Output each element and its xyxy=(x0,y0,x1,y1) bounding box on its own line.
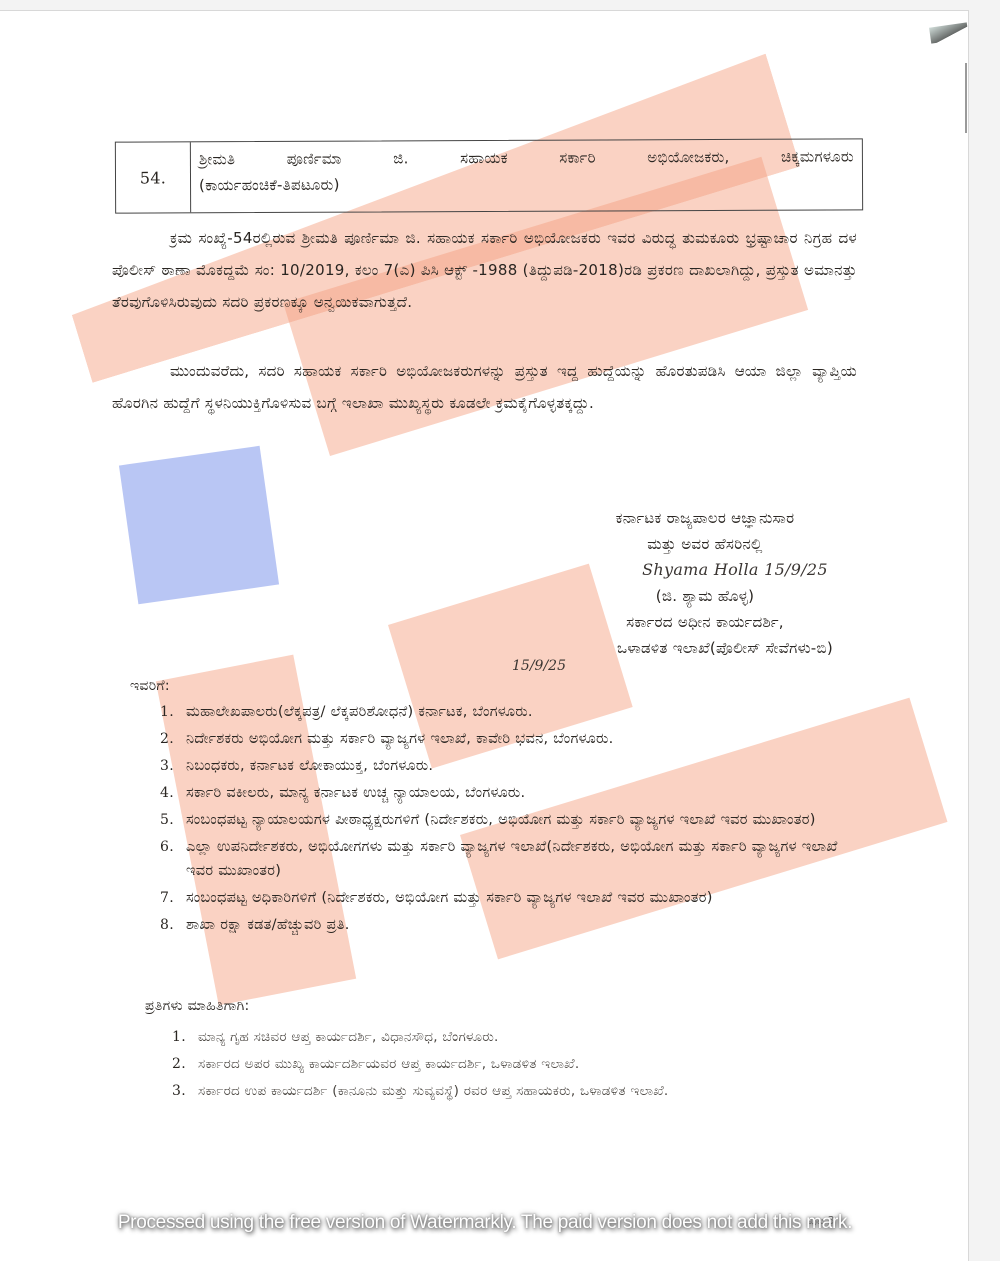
paragraph-case-details: ಕ್ರಮ ಸಂಖ್ಯೆ-54ರಲ್ಲಿರುವ ಶ್ರೀಮತಿ ಪೂರ್ಣಿಮಾ … xyxy=(112,222,857,318)
list-item: 3.ಸರ್ಕಾರದ ಉಪ ಕಾರ್ಯದರ್ಶಿ (ಕಾನೂನು ಮತ್ತು ಸು… xyxy=(172,1079,862,1103)
reference-number: 54. xyxy=(116,142,191,212)
reference-row-table: 54. ಶ್ರೀಮತಿ ಪೂರ್ಣಿಮಾ ಜಿ. ಸಹಾಯಕ ಸರ್ಕಾರಿ ಅ… xyxy=(115,138,863,213)
list-item: 2.ಸರ್ಕಾರದ ಅಪರ ಮುಖ್ಯ ಕಾರ್ಯದರ್ಶಿಯವರ ಆಪ್ತ ಕ… xyxy=(172,1052,862,1076)
list-item: 1.ಮಾನ್ಯ ಗೃಹ ಸಚಿವರ ಆಪ್ತ ಕಾರ್ಯದರ್ಶಿ, ವಿಧಾನ… xyxy=(172,1025,862,1049)
signature-authority-line: ಕರ್ನಾಟಕ ರಾಜ್ಯಪಾಲರ ಆಜ್ಞಾನುಸಾರ xyxy=(540,505,870,531)
reference-description: ಶ್ರೀಮತಿ ಪೂರ್ಣಿಮಾ ಜಿ. ಸಹಾಯಕ ಸರ್ಕಾರಿ ಅಭಿಯೋ… xyxy=(191,139,862,212)
ref-word: ಪೂರ್ಣಿಮಾ xyxy=(287,146,342,172)
signature-block: ಕರ್ನಾಟಕ ರಾಜ್ಯಪಾಲರ ಆಜ್ಞಾನುಸಾರ ಮತ್ತು ಅವರ ಹ… xyxy=(540,505,870,661)
ref-word: ಸಹಾಯಕ xyxy=(460,145,508,171)
document-content: 54. ಶ್ರೀಮತಿ ಪೂರ್ಣಿಮಾ ಜಿ. ಸಹಾಯಕ ಸರ್ಕಾರಿ ಅ… xyxy=(0,0,1000,1261)
signature-on-behalf-line: ಮತ್ತು ಅವರ ಹೆಸರಿನಲ್ಲಿ xyxy=(540,531,870,557)
recipients-label: ಇವರಿಗೆ: xyxy=(130,678,170,694)
reference-line-1: ಶ್ರೀಮತಿ ಪೂರ್ಣಿಮಾ ಜಿ. ಸಹಾಯಕ ಸರ್ಕಾರಿ ಅಭಿಯೋ… xyxy=(199,143,854,172)
paragraph-transfer-instruction: ಮುಂದುವರೆದು, ಸದರಿ ಸಹಾಯಕ ಸರ್ಕಾರಿ ಅಭಿಯೋಜಕರು… xyxy=(112,355,857,419)
signatory-designation: ಸರ್ಕಾರದ ಅಧೀನ ಕಾರ್ಯದರ್ಶಿ, xyxy=(540,609,870,635)
copies-label: ಪ್ರತಿಗಳು ಮಾಹಿತಿಗಾಗಿ: xyxy=(145,998,250,1014)
ref-word: ಶ್ರೀಮತಿ xyxy=(199,146,235,172)
recipients-list: 1.ಮಹಾಲೇಖಪಾಲರು(ಲೆಕ್ಕಪತ್ರ/ ಲೆಕ್ಕಪರಿಶೋಧನೆ) … xyxy=(160,700,860,940)
signatory-department: ಒಳಾಡಳಿತ ಇಲಾಖೆ(ಪೊಲೀಸ್ ಸೇವೆಗಳು-ಬಿ) xyxy=(540,635,870,661)
ref-word: ಸರ್ಕಾರಿ xyxy=(559,145,596,171)
ref-word: ಅಭಿಯೋಜಕರು, xyxy=(647,144,729,170)
reference-line-2: (ಕಾರ್ಯಹಂಚಿಕೆ-ತಿಪಟೂರು) xyxy=(199,169,854,198)
list-item: 5.ಸಂಬಂಧಪಟ್ಟ ನ್ಯಾಯಾಲಯಗಳ ಪೀಠಾಧ್ಯಕ್ಷರುಗಳಿಗೆ… xyxy=(160,808,860,832)
list-item: 4.ಸರ್ಕಾರಿ ವಕೀಲರು, ಮಾನ್ಯ ಕರ್ನಾಟಕ ಉಚ್ಚ ನ್ಯ… xyxy=(160,781,860,805)
list-item: 6.ಎಲ್ಲಾ ಉಪನಿರ್ದೇಶಕರು, ಅಭಿಯೋಗಗಳು ಮತ್ತು ಸರ… xyxy=(160,835,860,883)
ref-word: ಚಿಕ್ಕಮಗಳೂರು xyxy=(781,143,854,169)
handwritten-initials: 15/9/25 xyxy=(512,658,566,674)
handwritten-signature: Shyama Holla 15/9/25 xyxy=(540,557,870,583)
list-item: 1.ಮಹಾಲೇಖಪಾಲರು(ಲೆಕ್ಕಪತ್ರ/ ಲೆಕ್ಕಪರಿಶೋಧನೆ) … xyxy=(160,700,860,724)
copies-list: 1.ಮಾನ್ಯ ಗೃಹ ಸಚಿವರ ಆಪ್ತ ಕಾರ್ಯದರ್ಶಿ, ವಿಧಾನ… xyxy=(172,1025,862,1106)
list-item: 2.ನಿರ್ದೇಶಕರು ಅಭಿಯೋಗ ಮತ್ತು ಸರ್ಕಾರಿ ವ್ಯಾಜ್… xyxy=(160,727,860,751)
list-item: 3.ನಿಬಂಧಕರು, ಕರ್ನಾಟಕ ಲೋಕಾಯುಕ್ತ, ಬೆಂಗಳೂರು. xyxy=(160,754,860,778)
list-item: 7.ಸಂಬಂಧಪಟ್ಟ ಅಧಿಕಾರಿಗಳಿಗೆ (ನಿರ್ದೇಶಕರು, ಅಭ… xyxy=(160,886,860,910)
watermarkly-watermark: Processed using the free version of Wate… xyxy=(0,1212,970,1234)
ref-word: ಜಿ. xyxy=(393,145,409,171)
list-item: 8.ಶಾಖಾ ರಕ್ಷಾ ಕಡತ/ಹೆಚ್ಚುವರಿ ಪ್ರತಿ. xyxy=(160,913,860,937)
signatory-name: (ಜಿ. ಶ್ಯಾಮ ಹೊಳ್ಳ) xyxy=(540,583,870,609)
